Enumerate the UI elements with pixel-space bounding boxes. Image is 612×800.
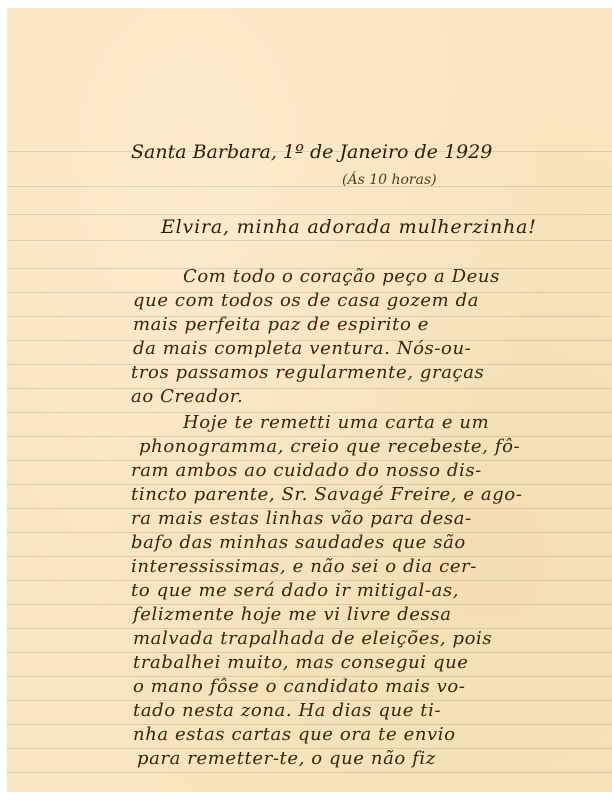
ruled-line [7, 186, 612, 187]
ruled-line [7, 214, 612, 215]
letter-line: Hoje te remetti uma carta e um [183, 412, 489, 433]
ruled-line [7, 240, 612, 241]
letter-line: to que me será dado ir mitigal-as, [131, 580, 459, 601]
letter-line: tado nesta zona. Ha dias que ti- [133, 700, 441, 721]
letter-line: da mais completa ventura. Nós-ou- [133, 338, 471, 359]
letter-line: o mano fôsse o candidato mais vo- [133, 676, 466, 697]
letter-line: bafo das minhas saudades que são [131, 532, 466, 553]
letter-line: nha estas cartas que ora te envio [133, 724, 456, 745]
letter-line: mais perfeita paz de espirito e [133, 314, 429, 335]
letter-line: malvada trapalhada de eleições, pois [133, 628, 492, 649]
letter-place-date: Santa Barbara, 1º de Janeiro de 1929 [131, 141, 492, 163]
letter-line: tincto parente, Sr. Savagé Freire, e ago… [131, 484, 523, 505]
letter-line: interessissimas, e não sei o dia cer- [131, 556, 477, 577]
letter-line: que com todos os de casa gozem da [133, 290, 479, 311]
letter-line: felizmente hoje me vi livre dessa [133, 604, 452, 625]
letter-line: ao Creador. [131, 386, 243, 407]
letter-line: ram ambos ao cuidado do nosso dis- [131, 460, 482, 481]
letter-line: phonogramma, creio que recebeste, fô- [139, 436, 520, 457]
letter-line: tros passamos regularmente, graças [131, 362, 484, 383]
ruled-line [7, 388, 612, 389]
ruled-line [7, 772, 612, 773]
letter-line: trabalhei muito, mas consegui que [133, 652, 469, 673]
letter-salutation: Elvira, minha adorada mulherzinha! [161, 216, 537, 238]
letter-page: Santa Barbara, 1º de Janeiro de 1929 (Ás… [7, 8, 612, 792]
letter-time-note: (Ás 10 horas) [342, 172, 437, 188]
letter-line: para remetter-te, o que não fiz [137, 748, 436, 769]
letter-line: ra mais estas linhas vão para desa- [131, 508, 472, 529]
letter-line: Com todo o coração peço a Deus [183, 266, 500, 287]
